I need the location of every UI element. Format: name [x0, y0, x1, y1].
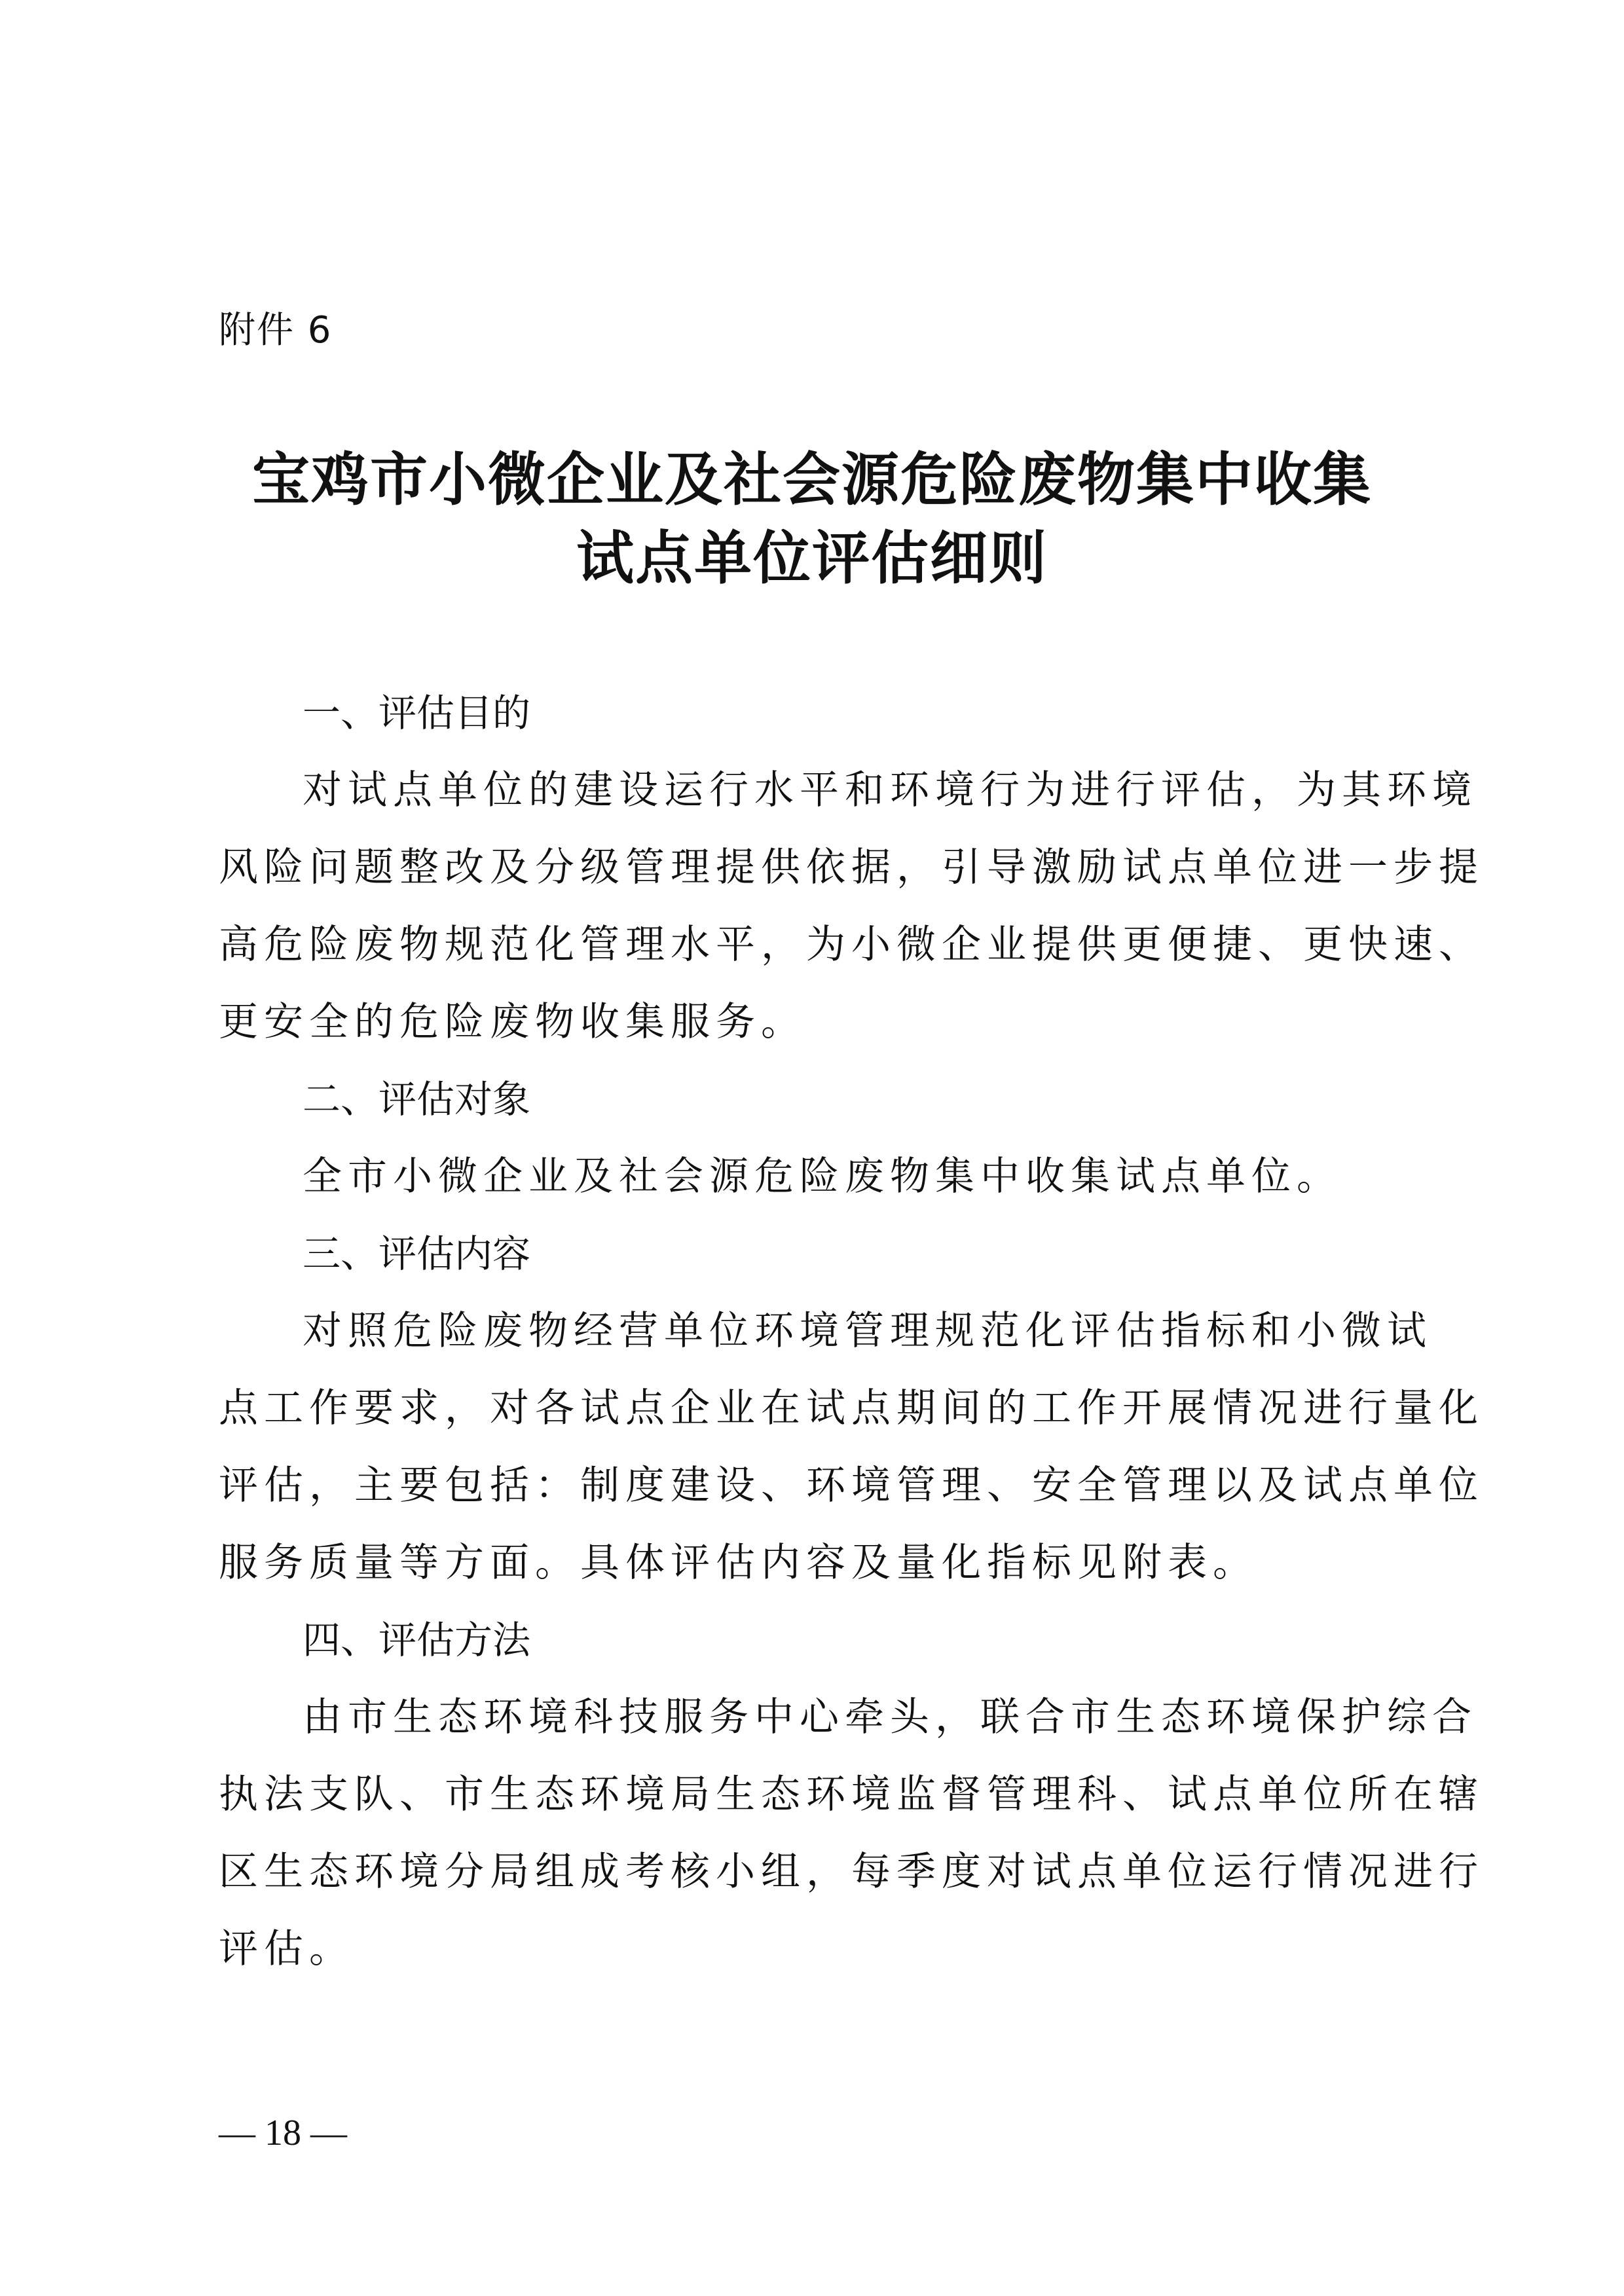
section-heading-content: 三、评估内容	[219, 1215, 1417, 1292]
paragraph-line: 点工作要求，对各试点企业在试点期间的工作开展情况进行量化	[219, 1370, 1417, 1447]
document-page: 附件 6 宝鸡市小微企业及社会源危险废物集中收集 试点单位评估细则 一、评估目的…	[0, 0, 1624, 2296]
title-line-2: 试点单位评估细则	[196, 519, 1428, 597]
paragraph-line: 对试点单位的建设运行水平和环境行为进行评估，为其环境	[219, 752, 1417, 829]
section-heading-purpose: 一、评估目的	[219, 674, 1417, 752]
section-paragraph-target: 全市小微企业及社会源危险废物集中收集试点单位。	[219, 1138, 1417, 1215]
section-paragraph-method: 由市生态环境科技服务中心牵头，联合市生态环境保护综合 执法支队、市生态环境局生态…	[219, 1679, 1417, 1988]
paragraph-line: 风险问题整改及分级管理提供依据，引导激励试点单位进一步提	[219, 829, 1417, 906]
paragraph-line: 更安全的危险废物收集服务。	[219, 983, 1417, 1061]
section-paragraph-content: 对照危险废物经营单位环境管理规范化评估指标和小微试 点工作要求，对各试点企业在试…	[219, 1292, 1417, 1601]
paragraph-line: 全市小微企业及社会源危险废物集中收集试点单位。	[219, 1138, 1417, 1215]
attachment-label: 附件 6	[219, 308, 332, 354]
paragraph-line: 高危险废物规范化管理水平，为小微企业提供更便捷、更快速、	[219, 906, 1417, 983]
section-heading-target: 二、评估对象	[219, 1061, 1417, 1138]
paragraph-line: 服务质量等方面。具体评估内容及量化指标见附表。	[219, 1524, 1417, 1601]
paragraph-line: 区生态环境分局组成考核小组，每季度对试点单位运行情况进行	[219, 1833, 1417, 1910]
paragraph-line: 评估。	[219, 1910, 1417, 1988]
paragraph-line: 评估，主要包括：制度建设、环境管理、安全管理以及试点单位	[219, 1447, 1417, 1524]
section-paragraph-purpose: 对试点单位的建设运行水平和环境行为进行评估，为其环境 风险问题整改及分级管理提供…	[219, 752, 1417, 1061]
document-title: 宝鸡市小微企业及社会源危险废物集中收集 试点单位评估细则	[196, 440, 1428, 597]
title-line-1: 宝鸡市小微企业及社会源危险废物集中收集	[196, 440, 1428, 519]
paragraph-line: 由市生态环境科技服务中心牵头，联合市生态环境保护综合	[219, 1679, 1417, 1756]
paragraph-line: 对照危险废物经营单位环境管理规范化评估指标和小微试	[219, 1292, 1417, 1370]
paragraph-line: 执法支队、市生态环境局生态环境监督管理科、试点单位所在辖	[219, 1756, 1417, 1833]
document-body: 一、评估目的 对试点单位的建设运行水平和环境行为进行评估，为其环境 风险问题整改…	[219, 674, 1417, 1988]
page-number: — 18 —	[219, 2113, 347, 2153]
section-heading-method: 四、评估方法	[219, 1601, 1417, 1679]
